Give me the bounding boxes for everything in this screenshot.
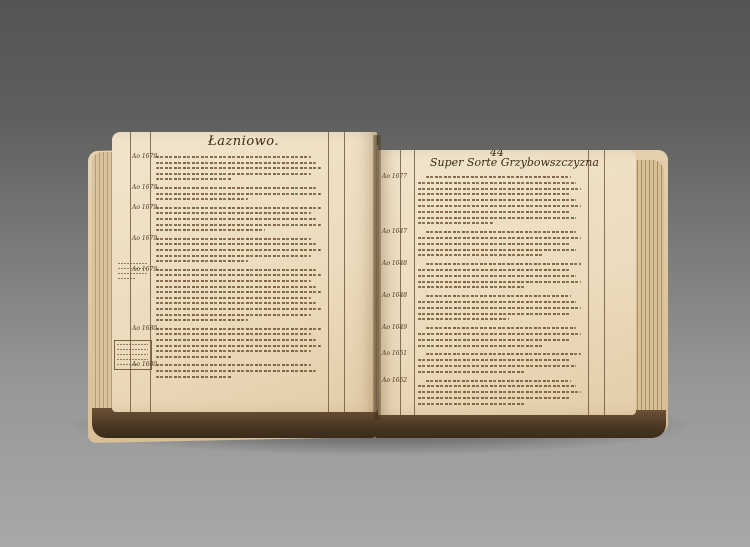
handwritten-line <box>418 385 576 387</box>
entry-date-marker: Ao 1679 <box>132 204 157 211</box>
handwritten-line <box>156 156 311 158</box>
handwritten-line <box>418 275 576 277</box>
handwritten-line <box>418 254 543 256</box>
handwritten-line <box>418 286 526 288</box>
handwritten-line <box>426 327 576 329</box>
handwritten-line <box>156 345 321 347</box>
handwritten-line <box>156 269 316 271</box>
handwritten-line <box>156 291 321 293</box>
book-gutter <box>373 135 381 420</box>
handwritten-line <box>418 281 581 283</box>
handwritten-line <box>418 391 581 393</box>
handwritten-line <box>156 364 311 366</box>
handwritten-line <box>156 356 232 358</box>
handwritten-line <box>156 260 248 262</box>
handwritten-line <box>418 318 509 320</box>
handwritten-line <box>418 333 581 335</box>
handwritten-line <box>156 308 321 310</box>
handwritten-line <box>418 249 576 251</box>
handwritten-line <box>418 211 571 213</box>
handwritten-line <box>156 178 232 180</box>
handwritten-line <box>418 313 571 315</box>
handwritten-line <box>156 162 316 164</box>
margin-rule <box>588 150 589 415</box>
handwritten-line <box>418 188 581 190</box>
right-page: 44 Super Sorte Grzybowszczyzna Ao 1677Ao… <box>378 150 636 415</box>
handwritten-line <box>418 359 571 361</box>
entry-date-marker: Ao 1648 <box>382 260 407 267</box>
handwritten-line <box>156 302 316 304</box>
handwritten-line <box>426 295 571 297</box>
handwritten-line <box>418 345 543 347</box>
handwritten-line <box>418 403 526 405</box>
handwritten-line <box>426 231 576 233</box>
margin-rule <box>328 132 329 412</box>
handwritten-line <box>418 217 576 219</box>
handwritten-line <box>418 182 576 184</box>
handwritten-line <box>156 229 265 231</box>
handwritten-line <box>156 314 311 316</box>
handwritten-line <box>156 224 321 226</box>
entry-date-marker: Ao 1652 <box>382 377 407 384</box>
handwritten-line <box>418 237 581 239</box>
handwritten-line <box>418 199 576 201</box>
handwritten-line <box>418 222 493 224</box>
handwritten-line <box>156 243 316 245</box>
handwritten-line <box>418 243 571 245</box>
handwritten-line <box>156 328 321 330</box>
handwritten-line <box>156 212 311 214</box>
handwritten-line <box>426 353 581 355</box>
handwritten-line <box>418 397 571 399</box>
handwritten-line <box>418 193 571 195</box>
handwritten-line <box>156 280 311 282</box>
handwritten-line <box>426 263 581 265</box>
handwritten-line <box>418 371 526 373</box>
margin-rule <box>400 150 401 415</box>
handwritten-line <box>156 297 311 299</box>
handwritten-line <box>156 255 311 257</box>
entry-date-marker: Ao 1651 <box>382 350 407 357</box>
handwritten-line <box>418 365 576 367</box>
handwritten-line <box>156 376 232 378</box>
handwritten-line <box>156 198 248 200</box>
handwritten-line <box>418 269 571 271</box>
handwritten-line <box>156 339 316 341</box>
handwritten-line <box>156 333 311 335</box>
handwritten-line <box>156 238 311 240</box>
page-heading: Łazniowo. <box>208 134 279 149</box>
margin-rule <box>344 132 345 412</box>
entry-date-marker: Ao 1679 <box>132 266 157 273</box>
handwritten-line <box>156 350 311 352</box>
entry-date-marker: Ao 1677 <box>382 173 407 180</box>
handwritten-line <box>418 339 571 341</box>
entry-date-marker: Ao 1680 <box>132 361 157 368</box>
entry-date-marker: Ao 1648 <box>382 292 407 299</box>
handwritten-line <box>156 286 316 288</box>
handwritten-line <box>418 205 581 207</box>
entry-date-marker: Ao 1680 <box>132 325 157 332</box>
left-page: Łazniowo. Ao 1679Ao 1679Ao 1679Ao 1679Ao… <box>112 132 377 412</box>
handwritten-line <box>426 176 571 178</box>
entry-date-marker: Ao 1679 <box>132 184 157 191</box>
entry-date-marker: Ao 1679 <box>132 235 157 242</box>
entry-date-marker: Ao 1679 <box>132 153 157 160</box>
handwritten-line <box>426 380 571 382</box>
handwritten-line <box>418 301 576 303</box>
left-bottom-edge <box>92 408 377 438</box>
entry-date-marker: Ao 1647 <box>382 228 407 235</box>
margin-rule <box>414 150 415 415</box>
handwritten-line <box>156 167 321 169</box>
handwritten-line <box>156 274 321 276</box>
page-heading: Super Sorte Grzybowszczyzna <box>430 156 599 169</box>
handwritten-line <box>156 370 316 372</box>
handwritten-line <box>156 173 311 175</box>
handwritten-line <box>156 207 321 209</box>
margin-rule <box>604 150 605 415</box>
handwritten-line <box>156 249 321 251</box>
handwritten-line <box>156 187 316 189</box>
handwritten-line <box>156 319 248 321</box>
handwritten-line <box>156 193 321 195</box>
handwritten-line <box>156 218 316 220</box>
entry-date-marker: Ao 1649 <box>382 324 407 331</box>
handwritten-line <box>418 307 581 309</box>
